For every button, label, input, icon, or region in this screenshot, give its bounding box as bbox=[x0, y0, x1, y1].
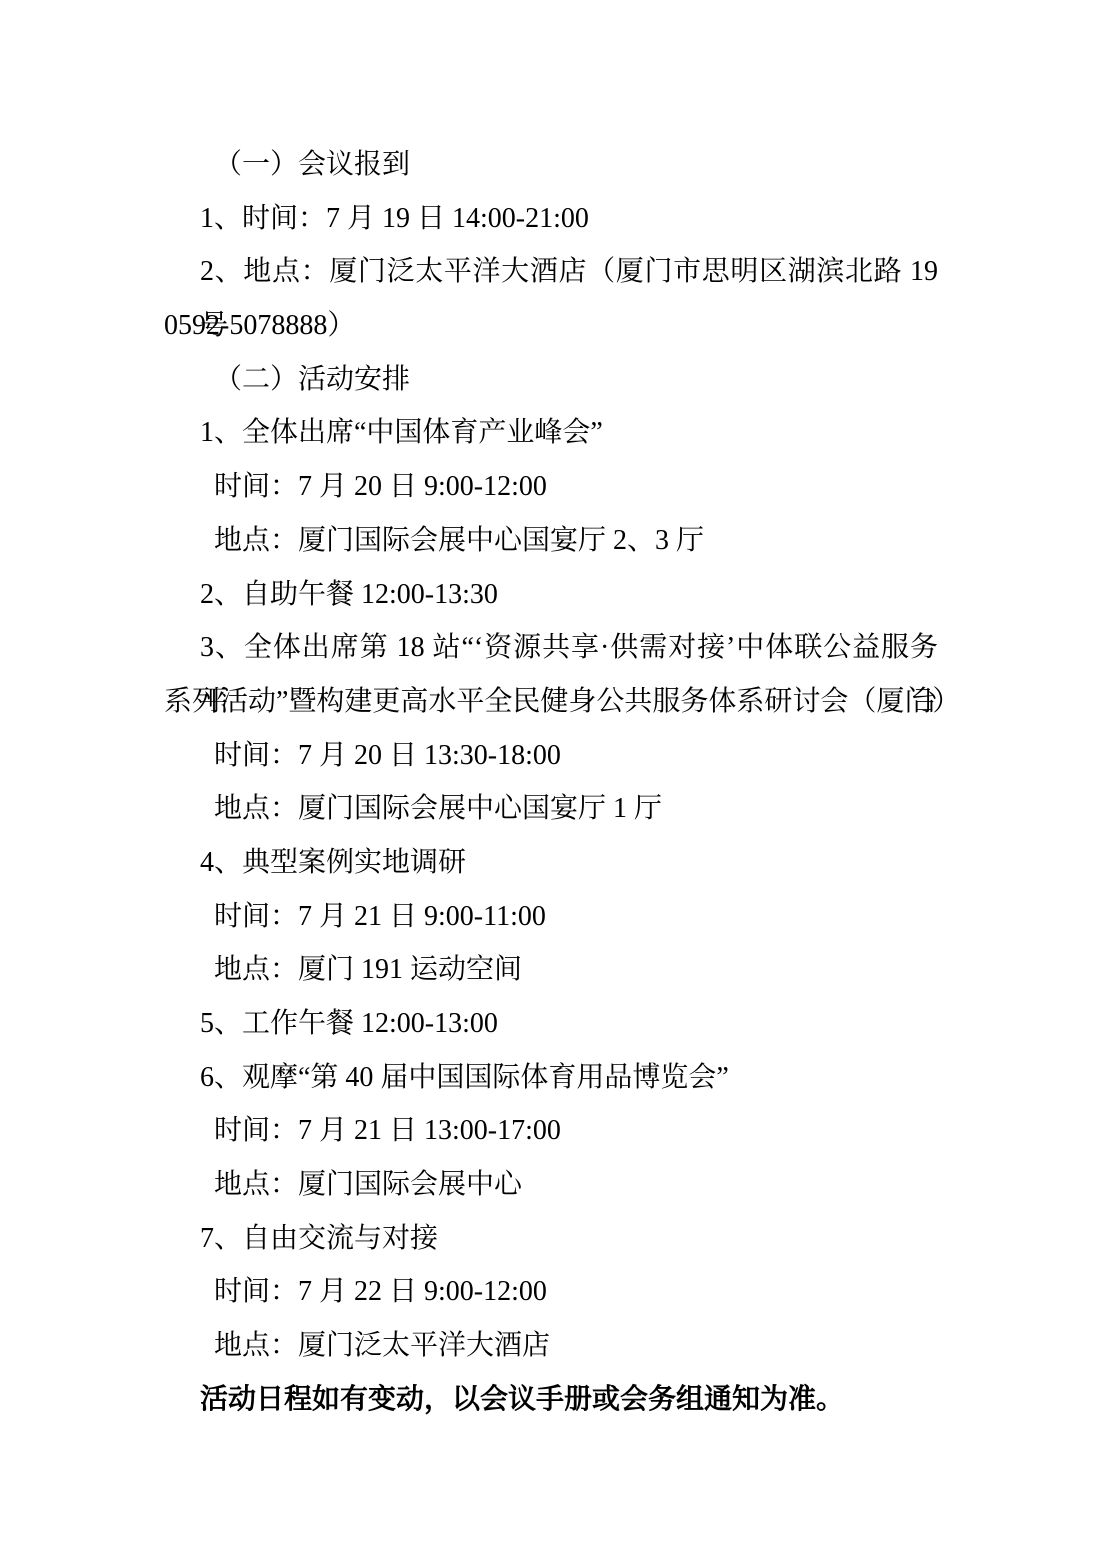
document-line: 地点：厦门泛太平洋大酒店 bbox=[164, 1319, 938, 1373]
document-line: 地点：厦门国际会展中心国宴厅 2、3 厅 bbox=[164, 514, 938, 568]
document-line: 4、典型案例实地调研 bbox=[164, 836, 938, 890]
document-line: 时间：7 月 21 日 9:00-11:00 bbox=[164, 890, 938, 944]
document-line: 时间：7 月 21 日 13:00-17:00 bbox=[164, 1104, 938, 1158]
document-line: 5、工作午餐 12:00-13:00 bbox=[164, 997, 938, 1051]
document-line: 2、地点：厦门泛太平洋大酒店（厦门市思明区湖滨北路 19 号 bbox=[164, 245, 938, 299]
document-line: 6、观摩“第 40 届中国国际体育用品博览会” bbox=[164, 1051, 938, 1105]
document-line: 时间：7 月 22 日 9:00-12:00 bbox=[164, 1265, 938, 1319]
document-line: 地点：厦门国际会展中心 bbox=[164, 1158, 938, 1212]
document-line: 0592-5078888） bbox=[164, 299, 938, 353]
document-body: （一）会议报到1、时间：7 月 19 日 14:00-21:002、地点：厦门泛… bbox=[164, 138, 938, 1427]
document-line: 1、时间：7 月 19 日 14:00-21:00 bbox=[164, 192, 938, 246]
document-line: 时间：7 月 20 日 9:00-12:00 bbox=[164, 460, 938, 514]
document-line: 7、自由交流与对接 bbox=[164, 1212, 938, 1266]
document-line: （一）会议报到 bbox=[164, 138, 938, 192]
document-line: 1、全体出席“中国体育产业峰会” bbox=[164, 406, 938, 460]
document-line: （二）活动安排 bbox=[164, 353, 938, 407]
document-line: 2、自助午餐 12:00-13:30 bbox=[164, 568, 938, 622]
document-page: （一）会议报到1、时间：7 月 19 日 14:00-21:002、地点：厦门泛… bbox=[0, 0, 1102, 1559]
document-line: 地点：厦门 191 运动空间 bbox=[164, 943, 938, 997]
document-line: 地点：厦门国际会展中心国宴厅 1 厅 bbox=[164, 782, 938, 836]
document-line: 3、全体出席第 18 站“‘资源共享·供需对接’中体联公益服务平台 bbox=[164, 621, 938, 675]
document-line: 时间：7 月 20 日 13:30-18:00 bbox=[164, 729, 938, 783]
document-line: 系列活动”暨构建更高水平全民健身公共服务体系研讨会（厦门） bbox=[164, 675, 938, 729]
document-line: 活动日程如有变动，以会议手册或会务组通知为准。 bbox=[164, 1373, 938, 1427]
